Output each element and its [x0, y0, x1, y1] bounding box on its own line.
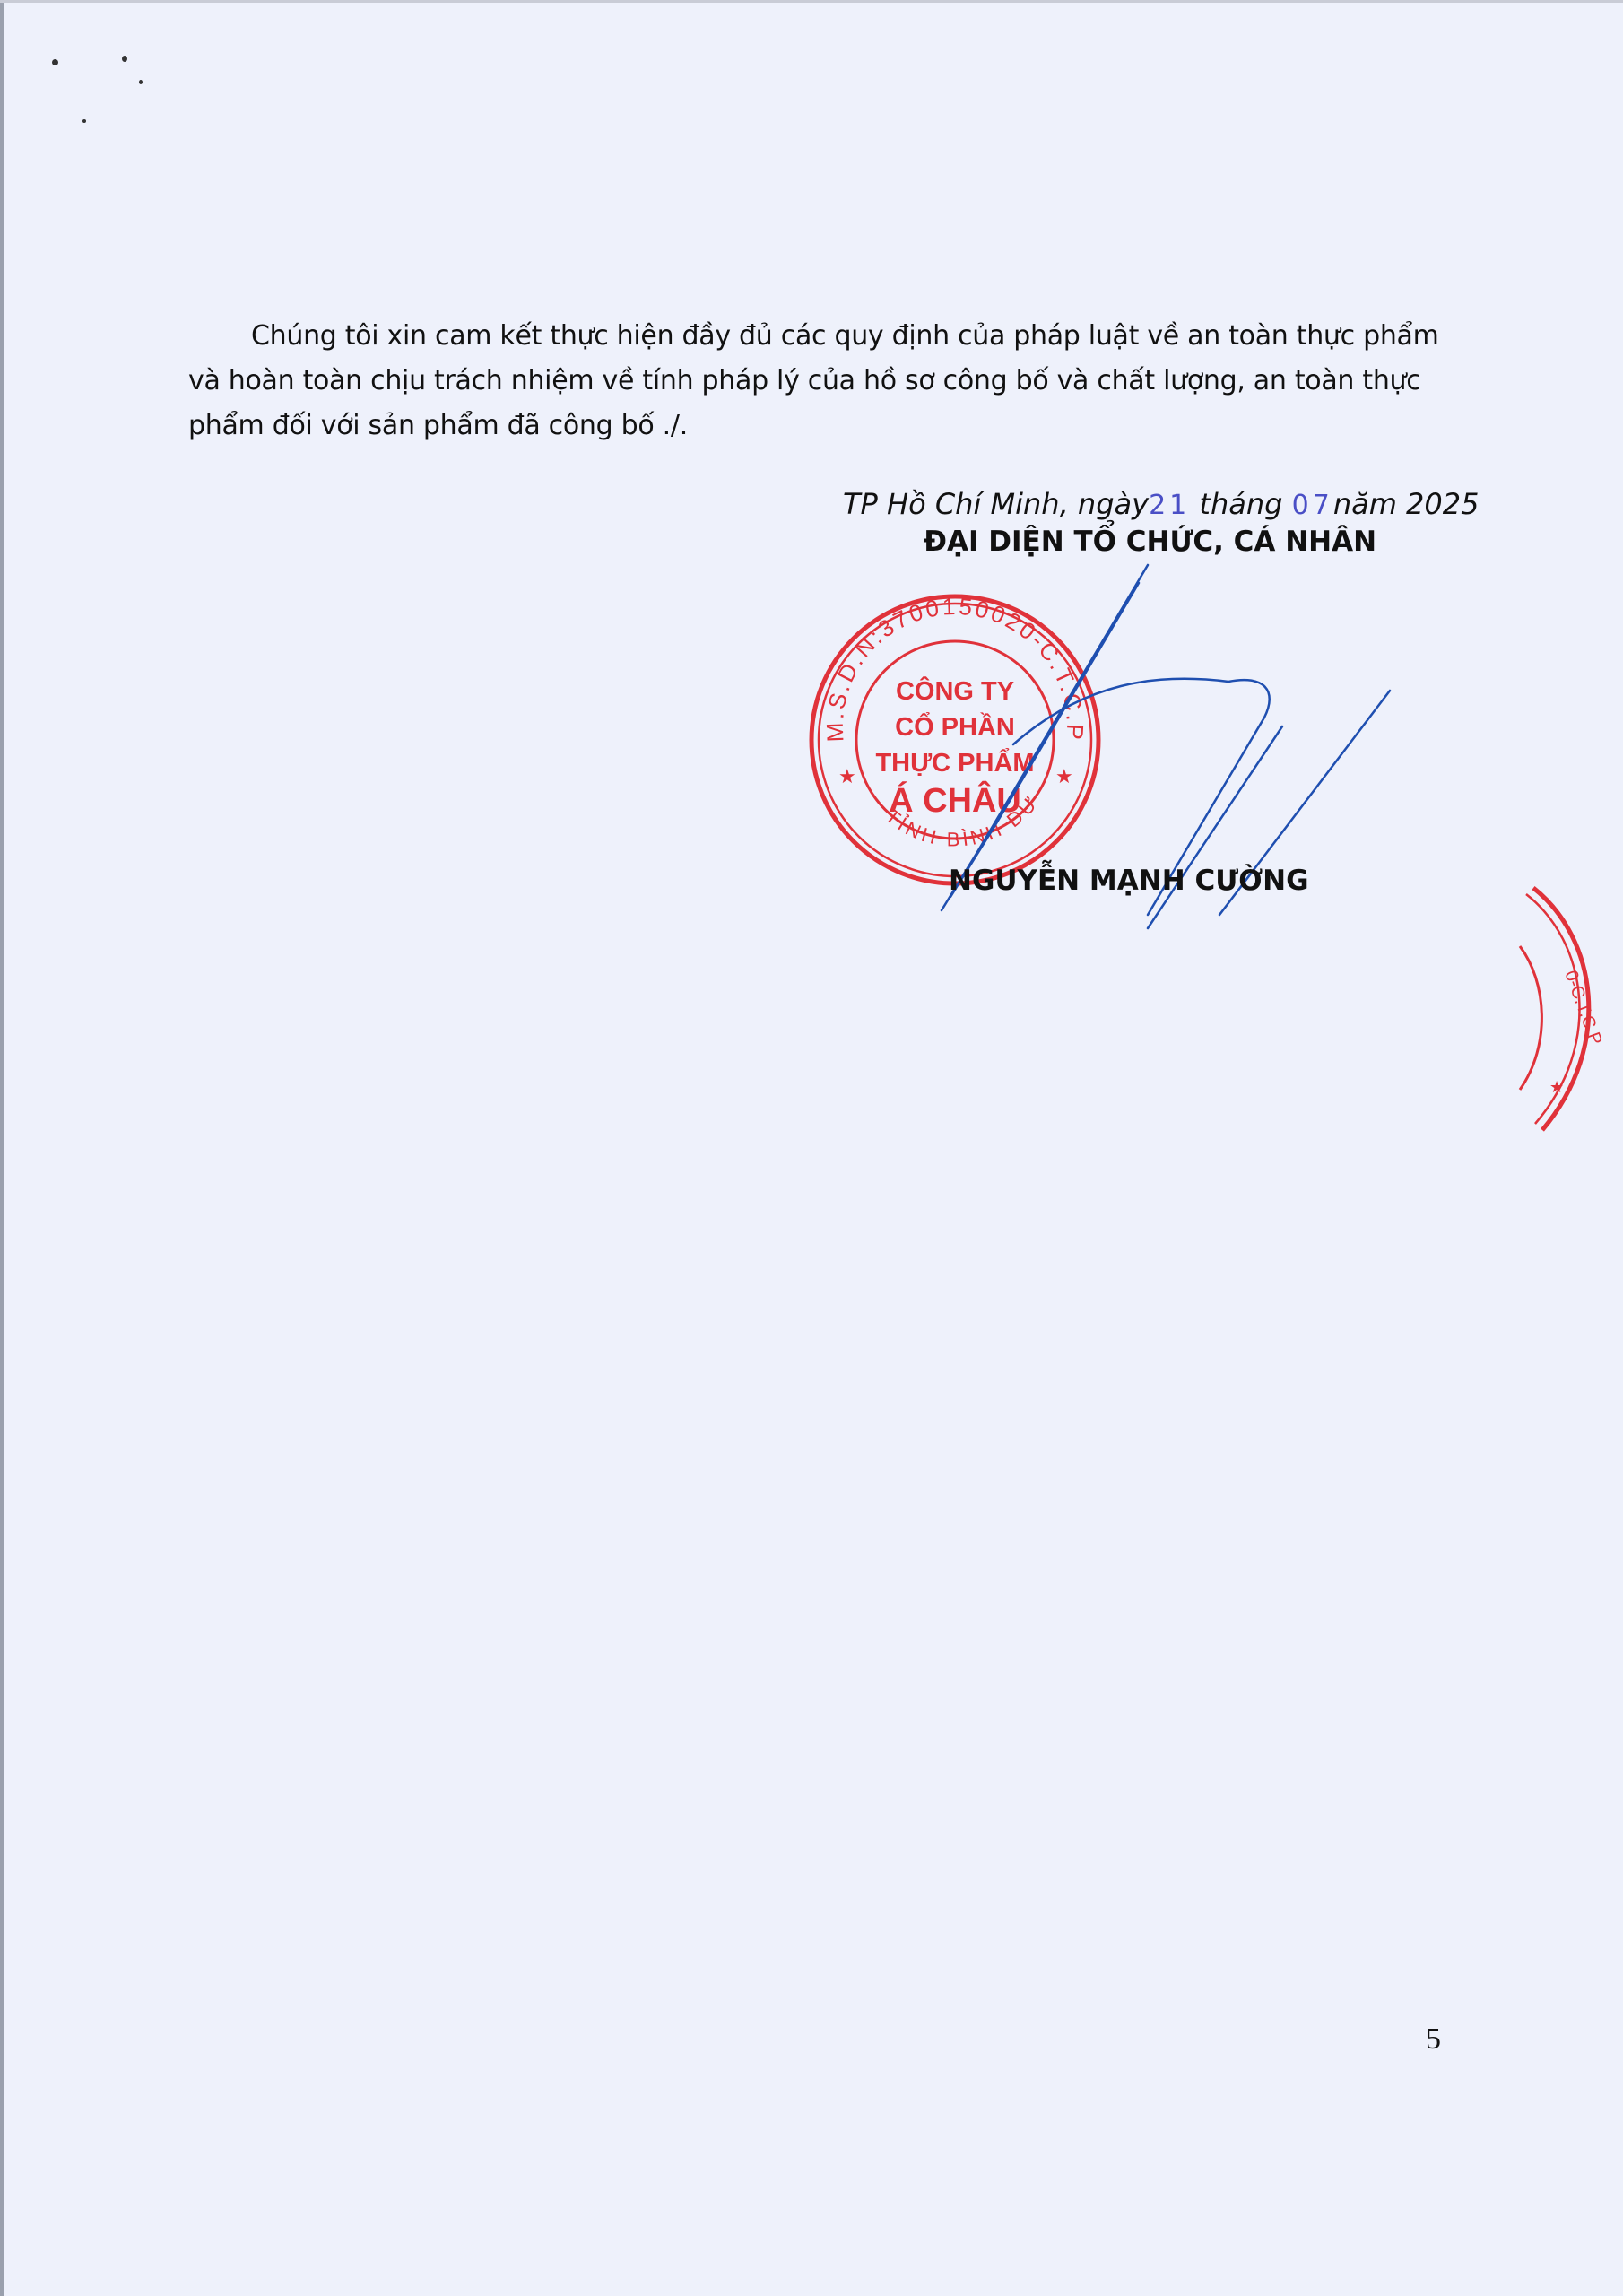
scan-speck — [52, 59, 58, 65]
scan-edge-top — [0, 0, 1623, 3]
date-line: TP Hồ Chí Minh, ngày21 tháng 07năm 2025 — [843, 487, 1453, 521]
partial-stamp-edge: 0-C.T.C.P ★ — [1515, 883, 1623, 1135]
scan-edge — [0, 0, 4, 2296]
svg-text:★: ★ — [1549, 1078, 1564, 1097]
commitment-paragraph: Chúng tôi xin cam kết thực hiện đầy đủ c… — [188, 314, 1444, 448]
scan-speck — [122, 56, 127, 62]
svg-text:★: ★ — [838, 765, 856, 787]
date-year: năm 2025 — [1333, 487, 1480, 521]
svg-text:0-C.T.C.P: 0-C.T.C.P — [1560, 968, 1605, 1048]
commitment-text: Chúng tôi xin cam kết thực hiện đầy đủ c… — [188, 320, 1439, 441]
date-month-label: tháng — [1199, 487, 1282, 521]
date-place: TP Hồ Chí Minh, ngày — [843, 487, 1149, 521]
representative-title: ĐẠI DIỆN TỔ CHỨC, CÁ NHÂN — [924, 526, 1376, 558]
signer-name: NGUYỄN MẠNH CƯỜNG — [949, 865, 1309, 897]
scan-speck — [82, 119, 86, 123]
scan-speck — [139, 80, 143, 84]
date-day: 21 — [1149, 490, 1190, 521]
page-number: 5 — [1426, 2022, 1441, 2057]
date-month: 07 — [1292, 490, 1333, 521]
